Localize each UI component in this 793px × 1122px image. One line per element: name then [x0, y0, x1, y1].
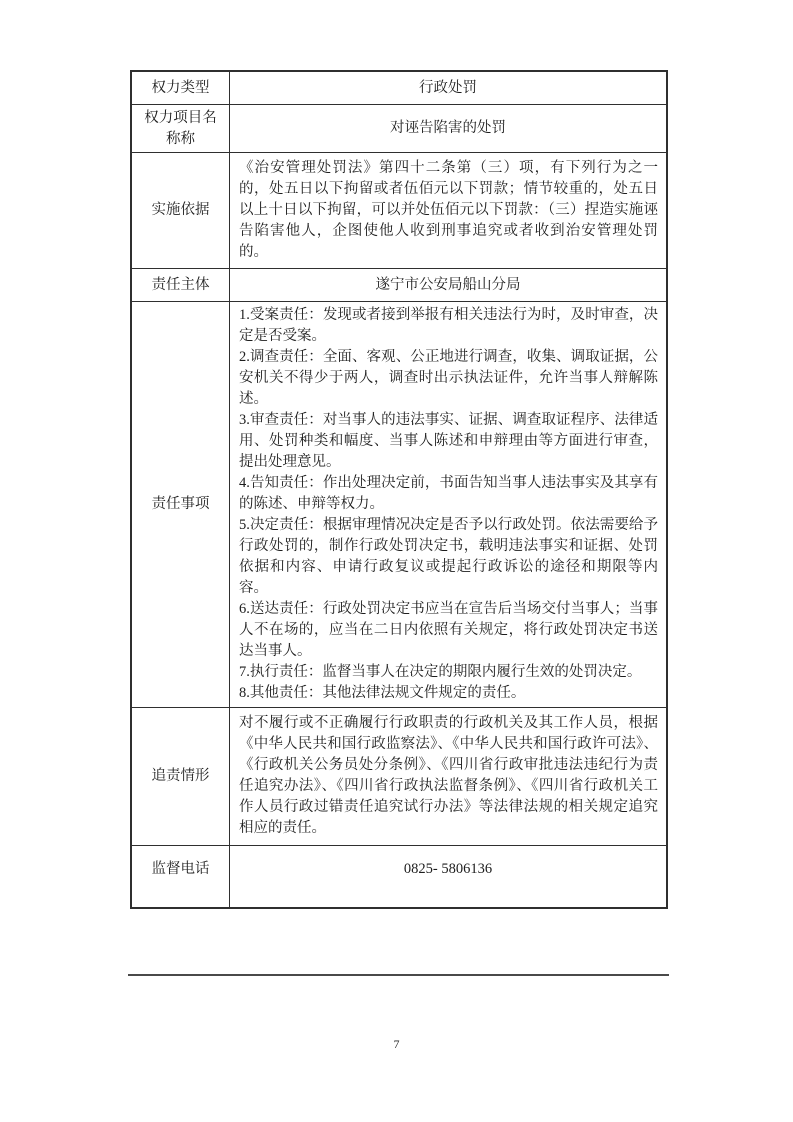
row-duty-items: 责任事项 1.受案责任：发现或者接到举报有相关违法行为时，及时审查，决定是否受案… [132, 301, 666, 707]
duty-item: 1.受案责任：发现或者接到举报有相关违法行为时，及时审查，决定是否受案。 [239, 305, 658, 347]
duty-items-label: 责任事项 [132, 302, 230, 707]
duty-item: 4.告知责任：作出处理决定前，书面告知当事人违法事实及其享有的陈述、申辩等权力。 [239, 473, 658, 515]
duty-item: 6.送达责任：行政处罚决定书应当在宣告后当场交付当事人；当事人不在场的，应当在二… [239, 599, 658, 662]
duty-item: 8.其他责任：其他法律法规文件规定的责任。 [239, 683, 658, 704]
row-power-item-name: 权力项目名 称称 对诬告陷害的处罚 [132, 104, 666, 152]
implementation-basis-value: 《治安管理处罚法》第四十二条第（三）项，有下列行为之一的，处五日以下拘留或者伍佰… [230, 153, 666, 268]
duty-item: 2.调查责任：全面、客观、公正地进行调查，收集、调取证据，公安机关不得少于两人，… [239, 347, 658, 410]
duty-item: 3.审查责任：对当事人的违法事实、证据、调查取证程序、法律适用、处罚种类和幅度、… [239, 410, 658, 473]
footer-divider [128, 974, 669, 976]
row-power-type: 权力类型 行政处罚 [132, 72, 666, 104]
power-item-name-label: 权力项目名 称称 [132, 105, 230, 152]
power-type-value: 行政处罚 [230, 72, 666, 104]
row-supervision-phone: 监督电话 0825- 5806136 [132, 845, 666, 907]
power-list-table: 权力类型 行政处罚 权力项目名 称称 对诬告陷害的处罚 实施依据 《治安管理处罚… [130, 70, 668, 909]
row-implementation-basis: 实施依据 《治安管理处罚法》第四十二条第（三）项，有下列行为之一的，处五日以下拘… [132, 152, 666, 268]
supervision-phone-value: 0825- 5806136 [230, 846, 666, 907]
row-accountability: 追责情形 对不履行或不正确履行行政职责的行政机关及其工作人员，根据《中华人民共和… [132, 707, 666, 845]
duty-item: 7.执行责任：监督当事人在决定的期限内履行生效的处罚决定。 [239, 662, 658, 683]
duty-items-value: 1.受案责任：发现或者接到举报有相关违法行为时，及时审查，决定是否受案。 2.调… [230, 302, 666, 707]
power-type-label: 权力类型 [132, 72, 230, 104]
page-number: 7 [0, 1037, 793, 1052]
responsible-entity-label: 责任主体 [132, 269, 230, 301]
row-responsible-entity: 责任主体 遂宁市公安局船山分局 [132, 268, 666, 301]
responsible-entity-value: 遂宁市公安局船山分局 [230, 269, 666, 301]
implementation-basis-label: 实施依据 [132, 153, 230, 268]
supervision-phone-label: 监督电话 [132, 846, 230, 907]
duty-item: 5.决定责任：根据审理情况决定是否予以行政处罚。依法需要给予行政处罚的，制作行政… [239, 515, 658, 599]
accountability-value: 对不履行或不正确履行行政职责的行政机关及其工作人员，根据《中华人民共和国行政监察… [230, 708, 666, 845]
accountability-label: 追责情形 [132, 708, 230, 845]
power-item-name-value: 对诬告陷害的处罚 [230, 105, 666, 152]
